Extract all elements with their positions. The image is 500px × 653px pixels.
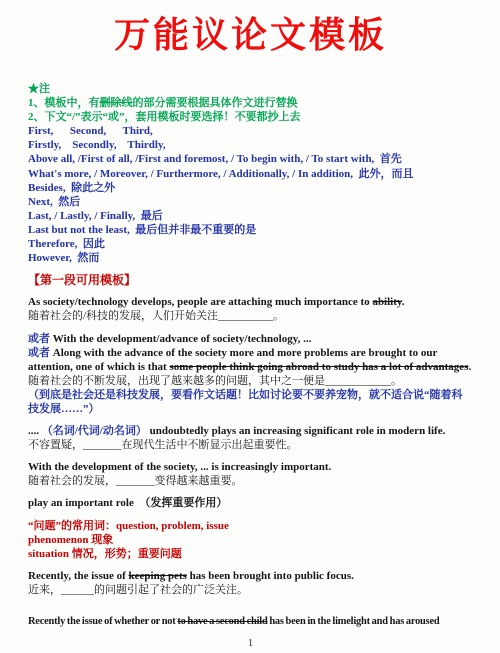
text-line: 1、模板中，有删除线的部分需要根据具体作文进行替换 bbox=[28, 96, 473, 110]
text-segment: （名词/代词/动名词） bbox=[42, 425, 147, 437]
strikethrough-text: some people think going abroad to study … bbox=[169, 361, 468, 373]
text-line: “问题”的常用词：question, problem, issue bbox=[28, 519, 473, 533]
text-segment: 的部分需要根据具体作文进行替换 bbox=[133, 97, 298, 109]
text-segment: With the development of the society, ...… bbox=[28, 461, 331, 473]
text-segment: Above all, /First of all, /First and for… bbox=[28, 153, 402, 165]
text-segment: Therefore, 因此 bbox=[28, 238, 105, 250]
text-line: Above all, /First of all, /First and for… bbox=[28, 152, 473, 166]
text-line: First, Second, Third, bbox=[28, 124, 473, 138]
text-line: 随着社会的/科技的发展，人们开始关注__________。 bbox=[28, 309, 473, 323]
text-line: 随着社会的不断发展，出现了越来越多的问题，其中之一便是____________。 bbox=[28, 374, 473, 388]
text-line: Therefore, 因此 bbox=[28, 237, 473, 251]
text-line: phenomenon 现象 bbox=[28, 533, 473, 547]
text-segment: undoubtedly plays an increasing signific… bbox=[147, 425, 445, 437]
text-line: What's more, / Moreover, / Furthermore, … bbox=[28, 167, 473, 181]
document-body: ★注1、模板中，有删除线的部分需要根据具体作文进行替换2、下文“/”表示“或”，… bbox=[28, 82, 473, 629]
text-line: （到底是社会还是科技发展，要看作文话题！比如讨论要不要养宠物，就不适合说“随着科… bbox=[28, 388, 473, 416]
text-line: Firstly, Secondly, Thirdly, bbox=[28, 138, 473, 152]
text-segment: phenomenon 现象 bbox=[28, 534, 113, 546]
text-line: ★注 bbox=[28, 82, 473, 96]
text-line: Last, / Lastly, / Finally, 最后 bbox=[28, 209, 473, 223]
text-line: play an important role （发挥重要作用） bbox=[28, 496, 473, 510]
text-segment: has been brought into public focus. bbox=[187, 570, 354, 582]
text-segment: play an important role （发挥重要作用） bbox=[28, 497, 227, 509]
text-block: 或者 With the development/advance of socie… bbox=[28, 332, 473, 417]
strikethrough-text: 删除线 bbox=[100, 97, 133, 109]
text-segment: Firstly, Secondly, Thirdly, bbox=[28, 139, 166, 151]
text-segment: 随着社会的/科技的发展，人们开始关注__________。 bbox=[28, 310, 284, 322]
text-segment: Last but not the least, 最后但并非最不重要的是 bbox=[28, 224, 256, 236]
text-line: Recently the issue of whether or not to … bbox=[28, 615, 473, 629]
text-block: “问题”的常用词：question, problem, issuephenome… bbox=[28, 519, 473, 561]
text-segment: What's more, / Moreover, / Furthermore, … bbox=[28, 168, 414, 180]
page-title: 万能议论文模板 bbox=[28, 12, 473, 58]
text-line: As society/technology develops, people a… bbox=[28, 295, 473, 309]
text-segment: ★注 bbox=[28, 83, 50, 95]
text-line: .... （名词/代词/动名词） undoubtedly plays an in… bbox=[28, 424, 473, 438]
text-line: situation 情况，形势；重要问题 bbox=[28, 547, 473, 561]
text-segment: （到底是社会还是科技发展，要看作文话题！比如讨论要不要养宠物，就不适合说“随着科… bbox=[28, 389, 463, 415]
text-segment: With the development/advance of society/… bbox=[53, 333, 312, 345]
text-segment: Recently, the issue of bbox=[28, 570, 129, 582]
text-segment: Besides, 除此之外 bbox=[28, 182, 115, 194]
text-segment: Next, 然后 bbox=[28, 196, 80, 208]
text-block: Recently, the issue of keeping pets has … bbox=[28, 569, 473, 597]
page-number: 1 bbox=[28, 637, 473, 649]
text-line: 或者 With the development/advance of socie… bbox=[28, 332, 473, 346]
text-segment: .... bbox=[28, 425, 42, 437]
text-block: 【第一段可用模板】 bbox=[28, 273, 473, 287]
text-segment: First, Second, Third, bbox=[28, 125, 153, 137]
text-segment: . bbox=[468, 361, 471, 373]
text-segment: 随着社会的发展，_______变得越来越重要。 bbox=[28, 475, 243, 487]
text-segment: 或者 bbox=[28, 333, 53, 345]
text-segment: 【第一段可用模板】 bbox=[28, 273, 136, 287]
text-line: Recently, the issue of keeping pets has … bbox=[28, 569, 473, 583]
text-segment: 随着社会的不断发展，出现了越来越多的问题，其中之一便是____________。 bbox=[28, 375, 402, 387]
text-segment: 或者 bbox=[28, 347, 53, 359]
text-block: ★注1、模板中，有删除线的部分需要根据具体作文进行替换2、下文“/”表示“或”，… bbox=[28, 82, 473, 124]
text-block: First, Second, Third,Firstly, Secondly, … bbox=[28, 124, 473, 265]
text-segment: 不容置疑，_______在现代生活中不断显示出起重要性。 bbox=[28, 439, 298, 451]
text-segment: has been in the limelight and has arouse… bbox=[268, 616, 440, 627]
strikethrough-text: keeping pets bbox=[129, 570, 187, 582]
text-line: However, 然而 bbox=[28, 251, 473, 265]
text-line: 或者 Along with the advance of the society… bbox=[28, 346, 473, 374]
text-line: Next, 然后 bbox=[28, 195, 473, 209]
text-line: 随着社会的发展，_______变得越来越重要。 bbox=[28, 474, 473, 488]
text-line: 2、下文“/”表示“或”，套用模板时要选择！不要都抄上去 bbox=[28, 110, 473, 124]
text-segment: 近来，______的问题引起了社会的广泛关注。 bbox=[28, 584, 248, 596]
text-segment: . bbox=[402, 296, 405, 308]
document-page: 万能议论文模板 ★注1、模板中，有删除线的部分需要根据具体作文进行替换2、下文“… bbox=[0, 0, 500, 653]
text-block: .... （名词/代词/动名词） undoubtedly plays an in… bbox=[28, 424, 473, 452]
text-line: Last but not the least, 最后但并非最不重要的是 bbox=[28, 223, 473, 237]
text-block: As society/technology develops, people a… bbox=[28, 295, 473, 323]
text-line: 不容置疑，_______在现代生活中不断显示出起重要性。 bbox=[28, 438, 473, 452]
text-segment: 1、模板中，有 bbox=[28, 97, 100, 109]
text-segment: 2、下文“/”表示“或”，套用模板时要选择！不要都抄上去 bbox=[28, 111, 301, 123]
text-block: Recently the issue of whether or not to … bbox=[28, 615, 473, 629]
text-segment: As society/technology develops, people a… bbox=[28, 296, 372, 308]
text-block: With the development of the society, ...… bbox=[28, 460, 473, 488]
text-line: With the development of the society, ...… bbox=[28, 460, 473, 474]
strikethrough-text: ability bbox=[372, 296, 401, 308]
text-segment: Recently the issue of whether or not bbox=[28, 616, 177, 627]
text-segment: Last, / Lastly, / Finally, 最后 bbox=[28, 210, 163, 222]
text-line: Besides, 除此之外 bbox=[28, 181, 473, 195]
text-line: 近来，______的问题引起了社会的广泛关注。 bbox=[28, 583, 473, 597]
text-block: play an important role （发挥重要作用） bbox=[28, 496, 473, 510]
text-segment: situation 情况，形势；重要问题 bbox=[28, 548, 182, 560]
text-segment: However, 然而 bbox=[28, 252, 99, 264]
text-line: 【第一段可用模板】 bbox=[28, 273, 473, 287]
strikethrough-text: to have a second child bbox=[177, 616, 267, 627]
text-segment: “问题”的常用词：question, problem, issue bbox=[28, 520, 229, 532]
